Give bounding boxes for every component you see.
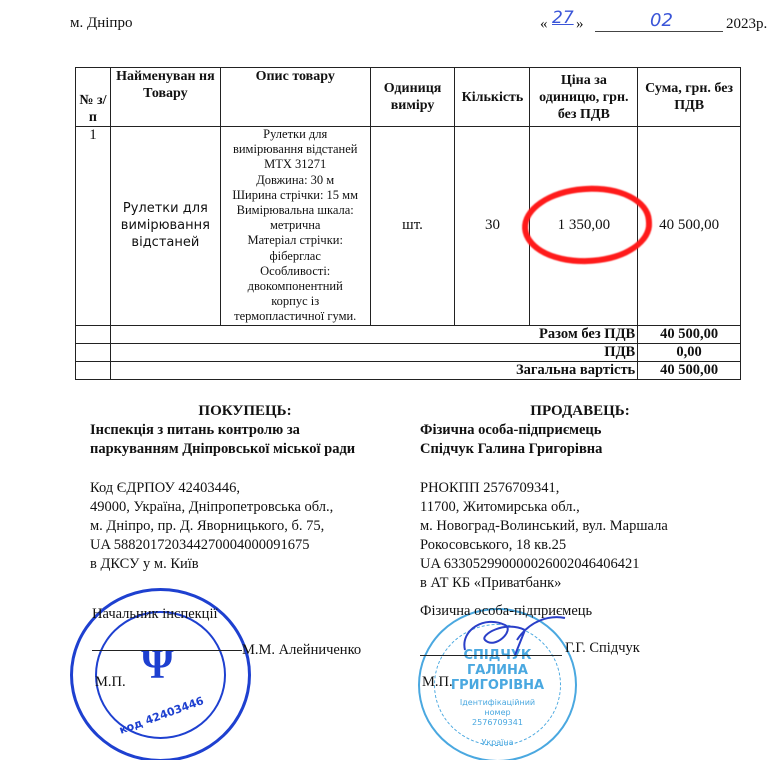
description-line: МТХ 31271 bbox=[223, 157, 368, 172]
summary-empty-cell bbox=[76, 325, 111, 343]
summary-value: 40 500,00 bbox=[638, 361, 741, 379]
description-line: фіберглас bbox=[223, 249, 368, 264]
date-day-handwritten: 27 bbox=[552, 8, 574, 28]
description-line: Ширина стрічки: 15 мм bbox=[223, 188, 368, 203]
summary-row-total: Загальна вартість 40 500,00 bbox=[76, 361, 741, 379]
description-line: метрична bbox=[223, 218, 368, 233]
document-date: « 27 » 02 2023р. bbox=[540, 8, 780, 36]
unit: шт. bbox=[370, 127, 455, 326]
seller-signer-name: Г.Г. Спідчук bbox=[565, 640, 640, 657]
description-line: двокомпонентний bbox=[223, 279, 368, 294]
description-line: термопластичної гуми. bbox=[223, 309, 368, 324]
seller-block: ПРОДАВЕЦЬ: Фізична особа-підприємець Спі… bbox=[420, 402, 740, 593]
buyer-detail-line: в ДКСУ у м. Київ bbox=[90, 555, 400, 574]
stamp-id: Ідентифікаційний номер 2576709341 Україн… bbox=[420, 698, 575, 748]
seller-details: РНОКПП 2576709341, 11700, Житомирська об… bbox=[420, 479, 740, 593]
summary-empty-cell bbox=[76, 343, 111, 361]
seller-detail-line: UA 633052990000026002046406421 bbox=[420, 555, 740, 574]
description-line: Вимірювальна шкала: bbox=[223, 203, 368, 218]
table-header-row: № з/п Найменуван ня Товару Опис товару О… bbox=[76, 68, 741, 127]
summary-value: 0,00 bbox=[638, 343, 741, 361]
seller-detail-line: 11700, Житомирська обл., bbox=[420, 498, 740, 517]
seller-org-line: Спідчук Галина Григорівна bbox=[420, 440, 740, 459]
stamp-id-number: 2576709341 bbox=[420, 718, 575, 728]
buyer-detail-line: 49000, Україна, Дніпропетровська обл., bbox=[90, 498, 400, 517]
buyer-details: Код ЄДРПОУ 42403446, 49000, Україна, Дні… bbox=[90, 479, 400, 574]
buyer-detail-line: Код ЄДРПОУ 42403446, bbox=[90, 479, 400, 498]
column-header-unit-price: Ціна за одиницю, грн. без ПДВ bbox=[530, 68, 638, 127]
description-line: Особливості: bbox=[223, 264, 368, 279]
description-line: Довжина: 30 м bbox=[223, 173, 368, 188]
description-line: корпус із bbox=[223, 294, 368, 309]
buyer-org-line: Інспекція з питань контролю за bbox=[90, 421, 400, 440]
seller-detail-line: Рокосовського, 18 кв.25 bbox=[420, 536, 740, 555]
column-header-name: Найменуван ня Товару bbox=[110, 68, 220, 127]
date-close-quote: » bbox=[576, 16, 584, 33]
description-line: Матеріал стрічки: bbox=[223, 233, 368, 248]
date-month-underline bbox=[595, 31, 723, 32]
summary-value: 40 500,00 bbox=[638, 325, 741, 343]
seller-org-line: Фізична особа-підприємець bbox=[420, 421, 740, 440]
summary-label: Загальна вартість bbox=[110, 361, 637, 379]
city-label: м. Дніпро bbox=[70, 15, 132, 32]
stamp-id-label: Ідентифікаційний bbox=[420, 698, 575, 708]
column-header-quantity: Кількість bbox=[455, 68, 530, 127]
seller-signer-title: Фізична особа-підприємець bbox=[420, 603, 592, 620]
seller-signature-line bbox=[420, 655, 562, 656]
summary-label: ПДВ bbox=[110, 343, 637, 361]
buyer-detail-line: UA 588201720344270004000091675 bbox=[90, 536, 400, 555]
seller-seal-label: М.П. bbox=[422, 674, 453, 691]
buyer-org-line: паркуванням Дніпровської міської ради bbox=[90, 440, 400, 459]
seller-detail-line: м. Новоград-Волинський, вул. Маршала bbox=[420, 517, 740, 536]
column-header-description: Опис товару bbox=[220, 68, 370, 127]
description-line: вимірювання відстаней bbox=[223, 142, 368, 157]
summary-row-subtotal: Разом без ПДВ 40 500,00 bbox=[76, 325, 741, 343]
date-month-handwritten: 02 bbox=[650, 10, 673, 31]
buyer-signer-title: Начальник інспекції bbox=[92, 606, 218, 623]
row-number: 1 bbox=[76, 127, 111, 326]
description-line: Рулетки для bbox=[223, 127, 368, 142]
buyer-signature-line bbox=[92, 650, 242, 651]
column-header-unit: Одиниця виміру bbox=[370, 68, 455, 127]
product-description: Рулетки для вимірювання відстаней МТХ 31… bbox=[220, 127, 370, 326]
date-open-quote: « bbox=[540, 16, 548, 33]
seller-detail-line: РНОКПП 2576709341, bbox=[420, 479, 740, 498]
buyer-detail-line: м. Дніпро, пр. Д. Яворницького, б. 75, bbox=[90, 517, 400, 536]
summary-empty-cell bbox=[76, 361, 111, 379]
seller-detail-line: в АТ КБ «Приватбанк» bbox=[420, 574, 740, 593]
buyer-role-heading: ПОКУПЕЦЬ: bbox=[90, 402, 400, 421]
summary-row-vat: ПДВ 0,00 bbox=[76, 343, 741, 361]
stamp-country: Україна bbox=[420, 738, 575, 748]
seller-role-heading: ПРОДАВЕЦЬ: bbox=[420, 402, 740, 421]
buyer-signer-name: М.М. Алейниченко bbox=[242, 642, 361, 659]
buyer-block: ПОКУПЕЦЬ: Інспекція з питань контролю за… bbox=[90, 402, 400, 574]
trident-emblem-icon: Ψ bbox=[141, 641, 174, 689]
date-year: 2023р. bbox=[726, 16, 767, 33]
product-name: Рулетки для вимірювання відстаней bbox=[110, 127, 220, 326]
column-header-sum: Сума, грн. без ПДВ bbox=[638, 68, 741, 127]
quantity: 30 bbox=[455, 127, 530, 326]
row-sum: 40 500,00 bbox=[638, 127, 741, 326]
column-header-number: № з/п bbox=[76, 68, 111, 127]
stamp-id-label: номер bbox=[420, 708, 575, 718]
buyer-seal-label: М.П. bbox=[95, 674, 126, 691]
summary-label: Разом без ПДВ bbox=[110, 325, 637, 343]
